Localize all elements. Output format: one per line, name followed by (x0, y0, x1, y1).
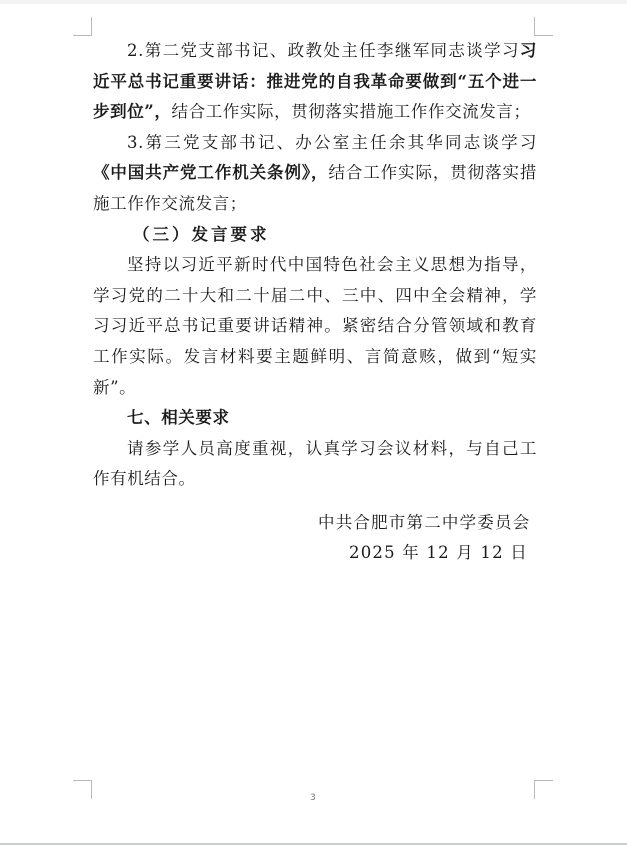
section-heading-related-requirements: 七、相关要求 (93, 403, 537, 434)
paragraph-related-requirements: 请参学人员高度重视，认真学习会议材料，与自己工作有机结合。 (93, 434, 537, 495)
page-bottom-edge (0, 843, 627, 845)
document-page: 2.第二党支部书记、政教处主任李继军同志谈学习习近平总书记重要讲话：推进党的自我… (0, 0, 627, 845)
paragraph-item-2: 2.第二党支部书记、政教处主任李继军同志谈学习习近平总书记重要讲话：推进党的自我… (93, 36, 537, 128)
paragraph-speech-requirements: 坚持以习近平新时代中国特色社会主义思想为指导，学习党的二十大和二十届二中、三中、… (93, 250, 537, 403)
item-3-intro: 3.第三党支部书记、办公室主任余其华同志谈学习 (127, 133, 537, 152)
margin-corner-mark-bottom-right (534, 780, 553, 799)
item-2-intro: 2.第二党支部书记、政教处主任李继军同志谈学习 (127, 41, 520, 60)
signature-date: 2025 年 12 月 12 日 (349, 539, 627, 563)
item-2-tail: 结合工作实际，贯彻落实措施工作作交流发言； (172, 102, 531, 121)
signature-organization: 中共合肥市第二中学委员会 (318, 509, 598, 533)
document-body: 2.第二党支部书记、政教处主任李继军同志谈学习习近平总书记重要讲话：推进党的自我… (93, 36, 537, 495)
page-top-edge (0, 0, 627, 4)
margin-corner-mark-bottom-left (73, 780, 92, 799)
margin-corner-mark-top-left (73, 17, 92, 36)
margin-corner-mark-top-right (534, 17, 553, 36)
paragraph-item-3: 3.第三党支部书记、办公室主任余其华同志谈学习《中国共产党工作机关条例》，结合工… (93, 128, 537, 220)
item-3-topic: 《中国共产党工作机关条例》， (93, 163, 328, 182)
page-number: 3 (310, 793, 316, 803)
subheading-speech-requirements: （三）发言要求 (93, 220, 537, 251)
